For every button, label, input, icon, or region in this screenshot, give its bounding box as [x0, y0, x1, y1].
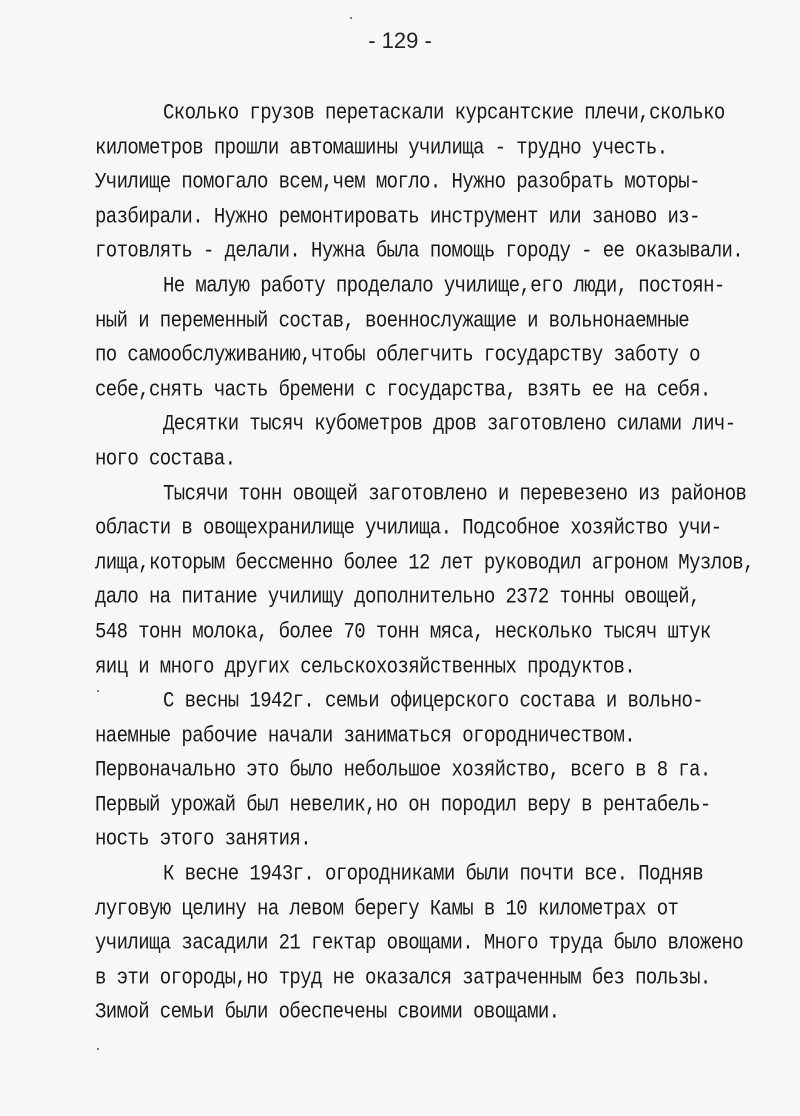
- text-line: Зимой семьи были обеспечены своими овоща…: [95, 993, 795, 1033]
- page-number: - 129 -: [0, 28, 800, 54]
- text-line: Сколько грузов перетаскали курсантские п…: [95, 93, 795, 133]
- body-text: Сколько грузов перетаскали курсантские п…: [95, 96, 795, 1030]
- scan-speck: [97, 690, 99, 692]
- text-line: Не малую работу проделало училище,его лю…: [95, 266, 795, 306]
- text-line: ного состава.: [95, 439, 795, 479]
- text-line: К весне 1943г. огородниками были почти в…: [95, 854, 795, 894]
- text-line: по самообслуживанию,чтобы облегчить госу…: [95, 336, 795, 376]
- text-line: 548 тонн молока, более 70 тонн мяса, нес…: [95, 612, 795, 652]
- text-line: области в овощехранилище училища. Подсоб…: [95, 509, 795, 549]
- scan-speck: [350, 17, 352, 19]
- text-line: С весны 1942г. семьи офицерского состава…: [95, 681, 795, 721]
- scan-speck: [97, 1048, 99, 1050]
